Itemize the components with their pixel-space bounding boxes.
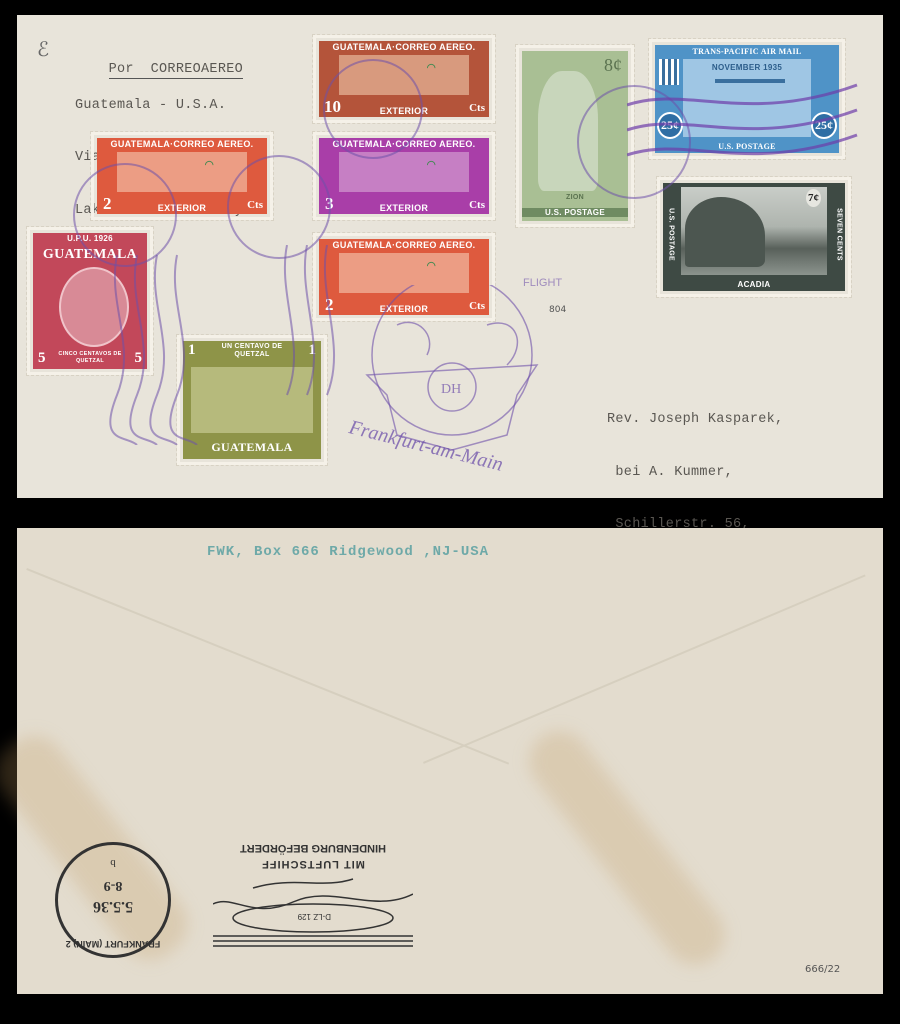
- flight-label: FLIGHT: [523, 277, 562, 289]
- hindenburg-cachet: MIT LUFTSCHIFF HINDENBURG BEFÖRDERT D-LZ…: [213, 840, 413, 954]
- cachet-logo: DH: [441, 382, 461, 397]
- bird-icon: ⌒: [205, 156, 213, 173]
- zeppelin-icon: D-LZ 129: [213, 874, 413, 954]
- bird-icon: ⌒: [427, 59, 435, 76]
- postmark-circle: [323, 59, 423, 159]
- postmark-date: 5.5.36: [58, 897, 168, 915]
- cachet-line-2: HINDENBURG BEFÖRDERT: [213, 842, 413, 854]
- stain: [517, 719, 737, 977]
- flap-line-left: [26, 568, 509, 765]
- envelope-back: FWK, Box 666 Ridgewood ,NJ-USA FRANKFURT…: [17, 528, 883, 994]
- postmark-city: FRANKFURT (MAIN) 2: [58, 939, 168, 949]
- return-address: FWK, Box 666 Ridgewood ,NJ-USA: [207, 544, 489, 560]
- routing-annotation-mark: ℰ: [37, 37, 49, 61]
- frankfurt-postmark: FRANKFURT (MAIN) 2 5.5.36 8-9 b: [55, 842, 171, 958]
- pencil-note: 666/22: [805, 964, 840, 975]
- flap-line-right: [423, 574, 866, 763]
- bird-icon: ⌒: [427, 156, 435, 173]
- wavy-cancel-lines: [627, 65, 867, 165]
- pencil-note: 804: [549, 305, 566, 315]
- routing-line-1: Por CORREOAEREO: [109, 61, 243, 80]
- routing-line-2: Guatemala - U.S.A.: [75, 97, 243, 115]
- airship-registration: D-LZ 129: [297, 912, 331, 921]
- wavy-cancel-lines: [77, 245, 357, 445]
- postmark-code: b: [58, 857, 168, 869]
- address-line-1: Rev. Joseph Kasparek,: [607, 411, 783, 429]
- bird-icon: ⌒: [427, 257, 435, 274]
- address-line-2: bei A. Kummer,: [607, 464, 783, 482]
- envelope-front: ℰ Por CORREOAEREO Guatemala - U.S.A. Via…: [17, 15, 883, 498]
- cachet-line-1: MIT LUFTSCHIFF: [213, 858, 413, 870]
- stamp-us-acadia-7c: U.S. POSTAGE SEVEN CENTS 7¢ ACADIA: [657, 177, 851, 297]
- postmark-circle: [227, 155, 331, 259]
- stamp-value: 8¢: [604, 55, 622, 76]
- flight-cachet: DH Frankfurt-am-Main: [327, 285, 587, 485]
- postmark-time: 8-9: [58, 877, 168, 893]
